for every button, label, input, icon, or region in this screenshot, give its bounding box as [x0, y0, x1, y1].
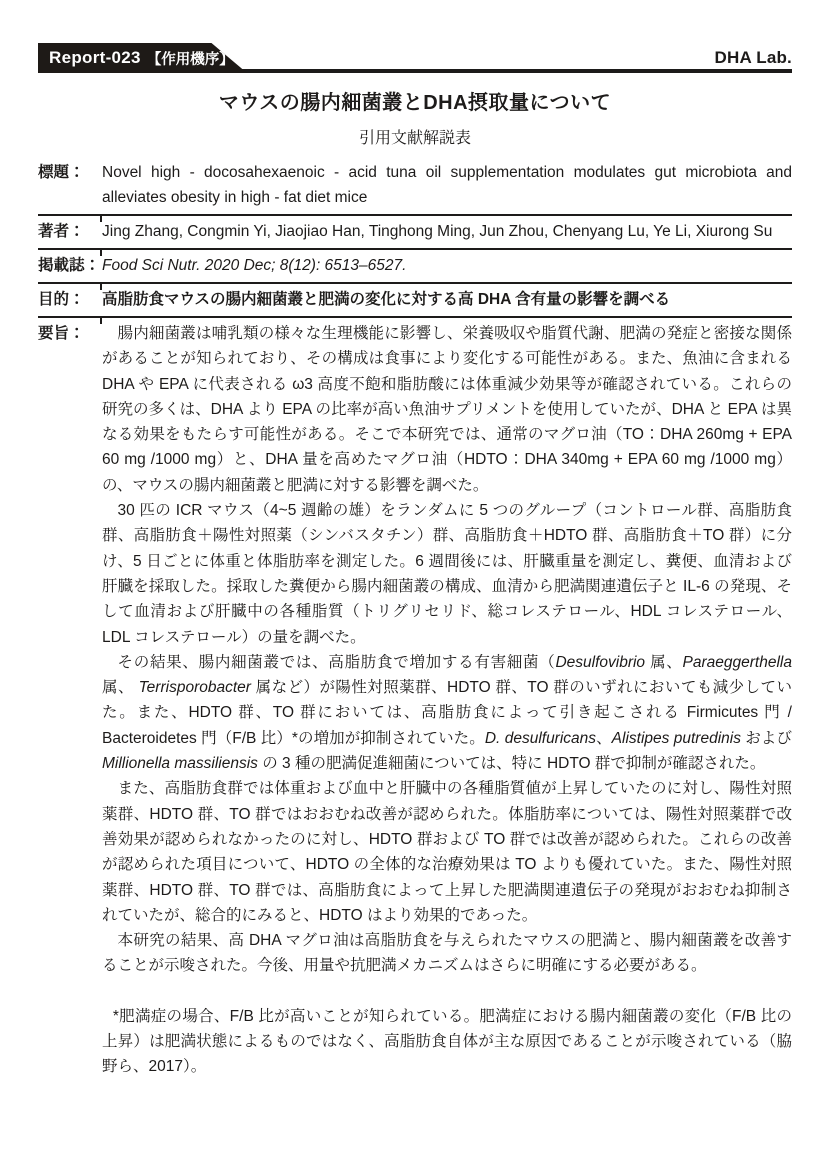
abstract-paragraph: また、高脂肪食群では体重および血中と肝臓中の各種脂質値が上昇していたのに対し、陽… [102, 776, 792, 928]
report-number-tab: Report-023 【作用機序】 [38, 43, 247, 73]
row-label: 標題： [38, 160, 102, 210]
table-row-purpose: 目的： 高脂肪食マウスの腸内細菌叢と肥満の変化に対する高 DHA 含有量の影響を… [38, 284, 792, 318]
abstract-body: 腸内細菌叢は哺乳類の様々な生理機能に影響し、栄養吸収や脂質代謝、肥満の発症と密接… [102, 321, 792, 1080]
row-content-authors: Jing Zhang, Congmin Yi, Jiaojiao Han, Ti… [102, 219, 792, 244]
row-label: 目的： [38, 287, 102, 312]
reference-table: 標題： Novel high - docosahexaenoic - acid … [38, 157, 792, 1084]
row-label: 要旨： [38, 321, 102, 1080]
abstract-paragraph: その結果、腸内細菌叢では、高脂肪食で増加する有害細菌（Desulfovibrio… [102, 650, 792, 776]
table-row-journal: 掲載誌： Food Sci Nutr. 2020 Dec; 8(12): 651… [38, 250, 792, 284]
row-content-purpose: 高脂肪食マウスの腸内細菌叢と肥満の変化に対する高 DHA 含有量の影響を調べる [102, 287, 792, 312]
brand-label: DHA Lab. [715, 48, 792, 68]
page-subtitle: 引用文献解説表 [38, 125, 792, 148]
abstract-paragraph: 腸内細菌叢は哺乳類の様々な生理機能に影響し、栄養吸収や脂質代謝、肥満の発症と密接… [102, 321, 792, 498]
abstract-paragraph: 30 匹の ICR マウス（4~5 週齢の雄）をランダムに 5 つのグループ（コ… [102, 498, 792, 650]
row-content-journal: Food Sci Nutr. 2020 Dec; 8(12): 6513–652… [102, 253, 792, 278]
abstract-footnote: *肥満症の場合、F/B 比が高いことが知られている。肥満症における腸内細菌叢の変… [102, 1004, 792, 1080]
abstract-paragraph: 本研究の結果、高 DHA マグロ油は高脂肪食を与えられたマウスの肥満と、腸内細菌… [102, 928, 792, 979]
report-page: Report-023 【作用機序】 DHA Lab. マウスの腸内細菌叢とDHA… [0, 0, 828, 1171]
report-category-label: 【作用機序】 [147, 48, 234, 69]
header-rule: Report-023 【作用機序】 DHA Lab. [38, 47, 792, 73]
table-row-title: 標題： Novel high - docosahexaenoic - acid … [38, 157, 792, 216]
table-row-authors: 著者： Jing Zhang, Congmin Yi, Jiaojiao Han… [38, 216, 792, 250]
page-title: マウスの腸内細菌叢とDHA摂取量について [38, 86, 792, 115]
table-row-abstract: 要旨： 腸内細菌叢は哺乳類の様々な生理機能に影響し、栄養吸収や脂質代謝、肥満の発… [38, 318, 792, 1084]
report-number-label: Report-023 [49, 48, 141, 68]
row-label: 掲載誌： [38, 253, 102, 278]
row-content-title: Novel high - docosahexaenoic - acid tuna… [102, 160, 792, 210]
row-label: 著者： [38, 219, 102, 244]
